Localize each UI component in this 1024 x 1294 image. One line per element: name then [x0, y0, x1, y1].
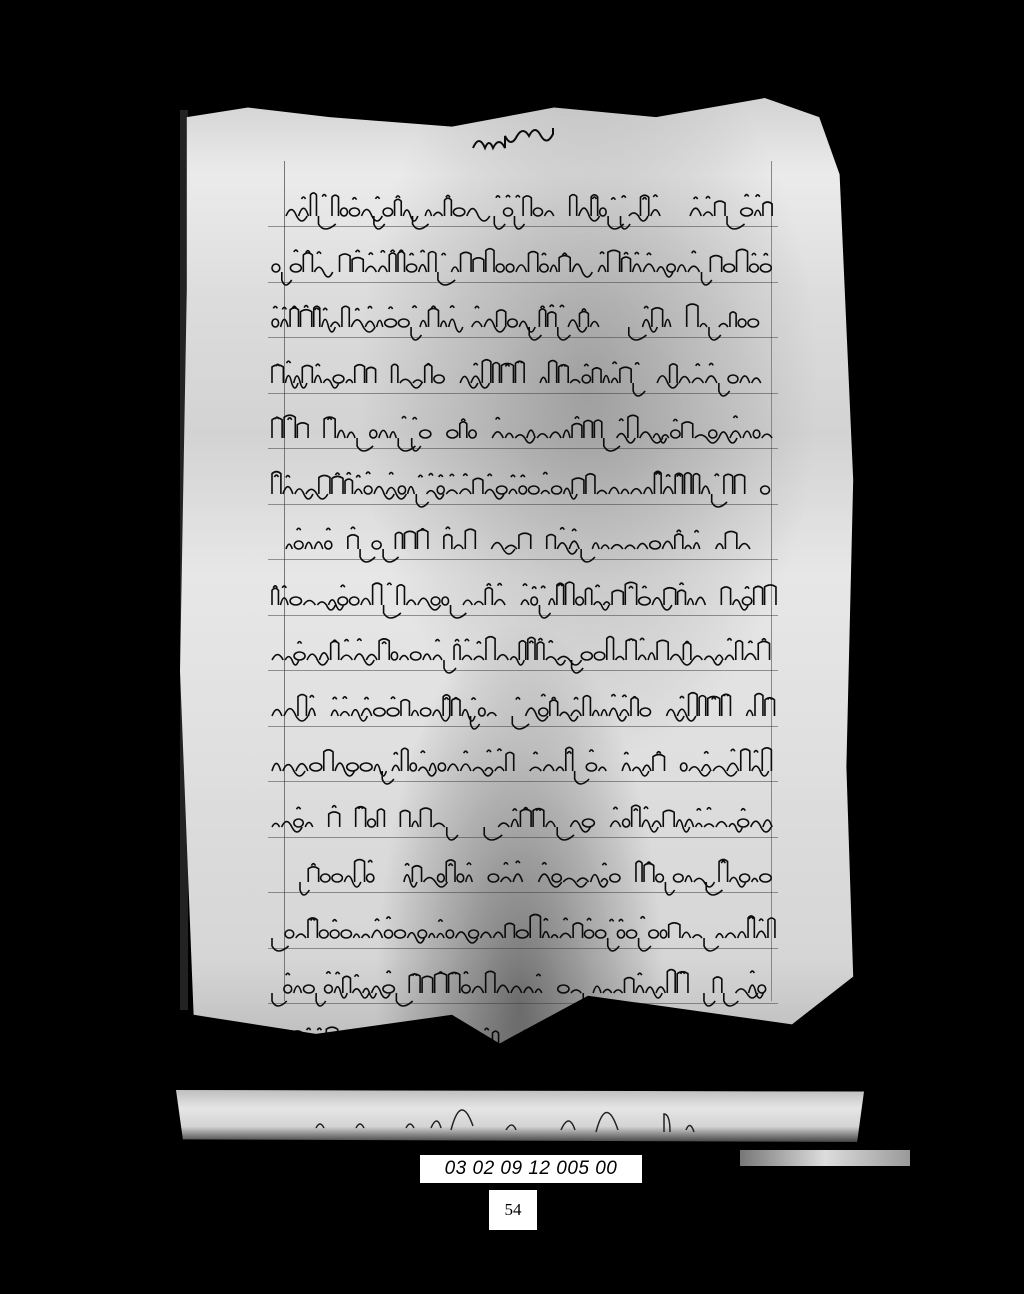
script-glyphs — [268, 464, 778, 512]
script-glyphs — [268, 575, 778, 623]
script-glyphs — [268, 908, 778, 956]
manuscript-heading: [manuscript heading in non-Latin script] — [180, 128, 860, 163]
manuscript-line — [268, 519, 778, 560]
archive-code-label: 03 02 09 12 005 00 — [420, 1155, 642, 1183]
manuscript-page: [manuscript heading in non-Latin script] — [180, 98, 860, 1053]
script-glyphs — [268, 1019, 778, 1067]
script-glyphs — [268, 686, 778, 734]
script-glyphs — [268, 852, 778, 900]
manuscript-line — [268, 852, 778, 893]
script-glyphs — [268, 630, 778, 678]
manuscript-line — [268, 353, 778, 394]
manuscript-line — [268, 908, 778, 949]
manuscript-line — [268, 297, 778, 338]
manuscript-line — [268, 630, 778, 671]
script-glyphs — [268, 186, 778, 234]
manuscript-line — [268, 186, 778, 227]
manuscript-line — [268, 1019, 778, 1060]
manuscript-line — [268, 242, 778, 283]
manuscript-line — [268, 797, 778, 838]
page-number-label: 54 — [489, 1190, 537, 1230]
manuscript-line — [268, 741, 778, 782]
script-glyphs — [268, 242, 778, 290]
script-glyphs — [268, 297, 778, 345]
manuscript-line — [268, 575, 778, 616]
strip-rolled-end — [740, 1150, 910, 1166]
script-glyphs — [268, 519, 778, 567]
strip-script-glyphs — [176, 1090, 864, 1142]
script-glyphs — [268, 408, 778, 456]
script-glyphs — [268, 741, 778, 789]
script-glyphs — [268, 353, 778, 401]
manuscript-line — [268, 963, 778, 1004]
manuscript-line — [268, 464, 778, 505]
rolled-strip — [176, 1090, 864, 1142]
script-glyphs — [268, 797, 778, 845]
heading-script-glyphs — [465, 128, 575, 158]
manuscript-line — [268, 686, 778, 727]
manuscript-line — [268, 408, 778, 449]
script-glyphs — [268, 963, 778, 1011]
